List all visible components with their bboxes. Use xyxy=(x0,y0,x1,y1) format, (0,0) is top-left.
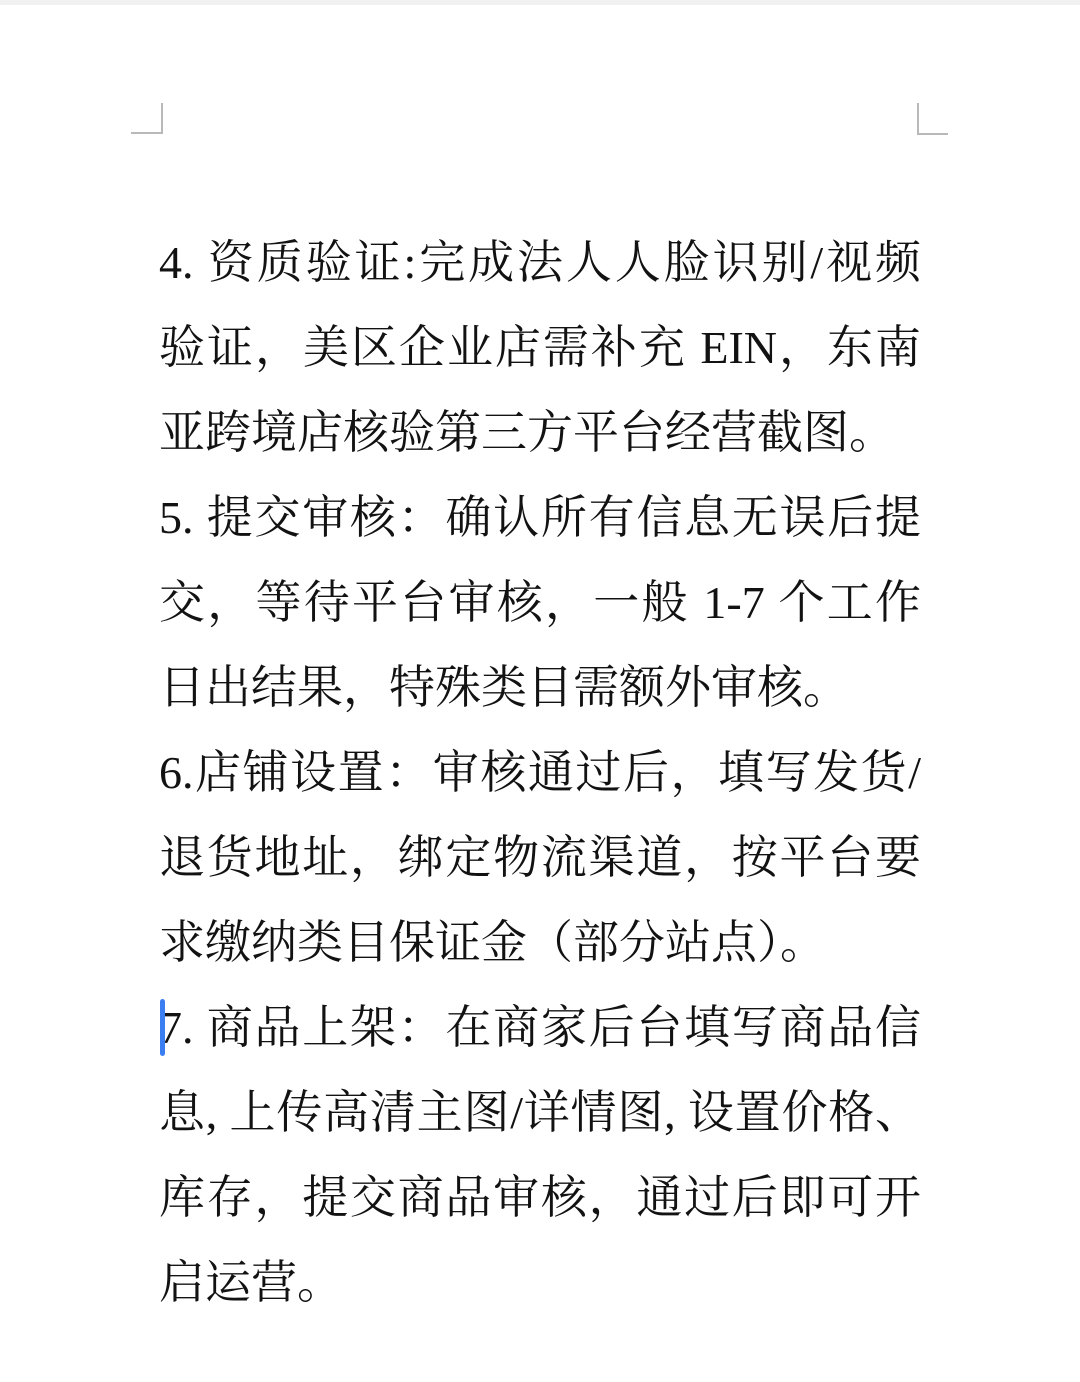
document-line[interactable]: 7. 商品上架：在商家后台填写商品信 xyxy=(159,985,921,1070)
document-line[interactable]: 6.店铺设置：审核通过后，填写发货/ xyxy=(159,730,921,815)
page-margin-mark-top-left xyxy=(131,103,163,134)
document-line[interactable]: 求缴纳类目保证金（部分站点）。 xyxy=(159,900,921,985)
document-line[interactable]: 日出结果，特殊类目需额外审核。 xyxy=(159,645,921,730)
text-cursor-caret xyxy=(160,999,165,1056)
document-line[interactable]: 息, 上传高清主图/详情图, 设置价格、 xyxy=(159,1070,921,1155)
window-top-bar xyxy=(0,0,1080,5)
document-page: 4. 资质验证:完成法人人脸识别/视频 验证，美区企业店需补充 EIN，东南 亚… xyxy=(0,0,1080,1382)
document-text-area[interactable]: 4. 资质验证:完成法人人脸识别/视频 验证，美区企业店需补充 EIN，东南 亚… xyxy=(159,220,921,1325)
document-line[interactable]: 退货地址，绑定物流渠道，按平台要 xyxy=(159,815,921,900)
document-line[interactable]: 交，等待平台审核，一般 1-7 个工作 xyxy=(159,560,921,645)
page-margin-mark-top-right xyxy=(917,103,948,135)
document-line[interactable]: 启运营。 xyxy=(159,1240,921,1325)
document-line[interactable]: 亚跨境店核验第三方平台经营截图。 xyxy=(159,390,921,475)
document-line[interactable]: 验证，美区企业店需补充 EIN，东南 xyxy=(159,305,921,390)
document-line[interactable]: 库存，提交商品审核，通过后即可开 xyxy=(159,1155,921,1240)
document-line[interactable]: 4. 资质验证:完成法人人脸识别/视频 xyxy=(159,220,921,305)
document-line[interactable]: 5. 提交审核：确认所有信息无误后提 xyxy=(159,475,921,560)
